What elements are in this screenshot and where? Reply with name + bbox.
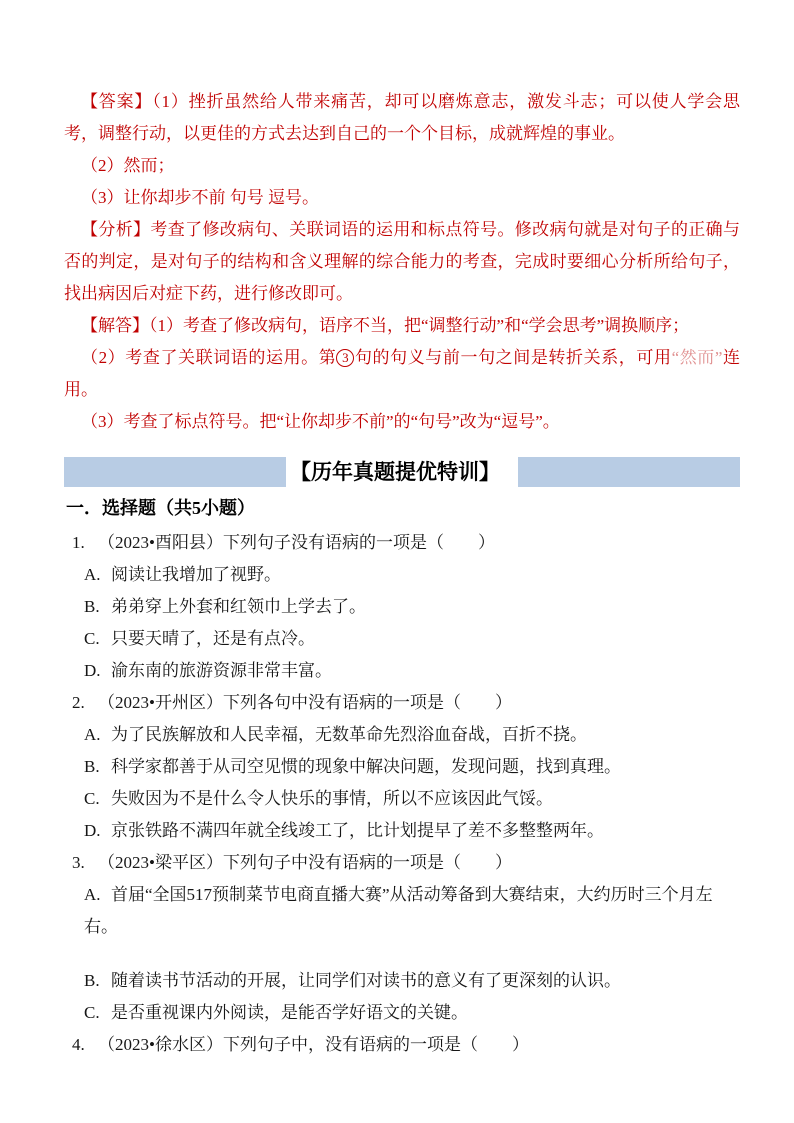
answer-paragraph-1: 【答案】（1）挫折虽然给人带来痛苦，却可以磨炼意志，激发斗志；可以使人学会思考，…	[64, 86, 740, 150]
option-row: C.只要天晴了，还是有点冷。	[64, 623, 740, 655]
option-label: D.	[84, 815, 111, 847]
option-text: 渝东南的旅游资源非常丰富。	[111, 661, 332, 680]
question-stem: 1.（2023•酉阳县）下列句子没有语病的一项是（ ）	[64, 527, 740, 559]
option-text: 只要天晴了，还是有点冷。	[111, 629, 315, 648]
document-page: 【答案】（1）挫折虽然给人带来痛苦，却可以磨炼意志，激发斗志；可以使人学会思考，…	[0, 0, 794, 1123]
answer-paragraph-2: （2）然而；	[64, 150, 740, 182]
option-row: B.随着读书节活动的开展，让同学们对读书的意义有了更深刻的认识。	[64, 965, 740, 997]
option-label: B.	[84, 751, 111, 783]
option-text: 失败因为不是什么令人快乐的事情，所以不应该因此气馁。	[111, 789, 553, 808]
option-label: B.	[84, 965, 111, 997]
question-2: 2.（2023•开州区）下列各句中没有语病的一项是（ ） A.为了民族解放和人民…	[64, 687, 740, 847]
question-number: 2.	[72, 687, 98, 719]
option-row: B.弟弟穿上外套和红领巾上学去了。	[64, 591, 740, 623]
question-stem: 4.（2023•徐水区）下列句子中，没有语病的一项是（ ）	[64, 1029, 740, 1061]
explanation-2-text: 句的句义与前一句之间是转折关系，可用	[354, 348, 671, 367]
option-row: A.阅读让我增加了视野。	[64, 559, 740, 591]
option-text: 阅读让我增加了视野。	[111, 565, 281, 584]
highlighted-word: “然而”	[672, 348, 723, 367]
option-text: 首届“全国517预制菜节电商直播大赛”从活动筹备到大赛结束，大约历时三个月左右。	[84, 885, 713, 936]
option-label: C.	[84, 783, 111, 815]
circled-number-3: 3	[336, 349, 354, 367]
option-label: A.	[84, 879, 111, 911]
option-row: A.首届“全国517预制菜节电商直播大赛”从活动筹备到大赛结束，大约历时三个月左…	[64, 879, 740, 943]
question-1: 1.（2023•酉阳县）下列句子没有语病的一项是（ ） A.阅读让我增加了视野。…	[64, 527, 740, 687]
explanation-paragraph-2: （2）考查了关联词语的运用。第3句的句义与前一句之间是转折关系，可用“然而”连用…	[64, 342, 740, 406]
question-list: 1.（2023•酉阳县）下列句子没有语病的一项是（ ） A.阅读让我增加了视野。…	[64, 527, 740, 1061]
option-label: B.	[84, 591, 111, 623]
section-heading: 一．选择题（共5小题）	[66, 495, 740, 521]
option-label: C.	[84, 623, 111, 655]
question-number: 3.	[72, 847, 98, 879]
question-stem-text: （2023•徐水区）下列句子中，没有语病的一项是（ ）	[98, 1035, 529, 1054]
section-banner: 【历年真题提优特训】	[64, 457, 740, 487]
option-row: C.失败因为不是什么令人快乐的事情，所以不应该因此气馁。	[64, 783, 740, 815]
answer-paragraph-3: （3）让你却步不前 句号 逗号。	[64, 182, 740, 214]
option-text: 随着读书节活动的开展，让同学们对读书的意义有了更深刻的认识。	[111, 971, 621, 990]
option-row: A.为了民族解放和人民幸福，无数革命先烈浴血奋战，百折不挠。	[64, 719, 740, 751]
option-label: D.	[84, 655, 111, 687]
question-stem-text: （2023•梁平区）下列句子中没有语病的一项是（ ）	[98, 853, 512, 872]
explanation-paragraph-1: 【解答】（1）考查了修改病句，语序不当，把“调整行动”和“学会思考”调换顺序；	[64, 310, 740, 342]
question-number: 4.	[72, 1029, 98, 1061]
option-text: 京张铁路不满四年就全线竣工了，比计划提早了差不多整整两年。	[111, 821, 604, 840]
option-text: 科学家都善于从司空见惯的现象中解决问题，发现问题，找到真理。	[111, 757, 621, 776]
question-stem-text: （2023•酉阳县）下列句子没有语病的一项是（ ）	[98, 533, 495, 552]
option-label: A.	[84, 559, 111, 591]
analysis-paragraph: 【分析】考查了修改病句、关联词语的运用和标点符号。修改病句就是对句子的正确与否的…	[64, 214, 740, 310]
option-row: C.是否重视课内外阅读，是能否学好语文的关键。	[64, 997, 740, 1029]
option-text: 为了民族解放和人民幸福，无数革命先烈浴血奋战，百折不挠。	[111, 725, 587, 744]
question-number: 1.	[72, 527, 98, 559]
explanation-paragraph-3: （3）考查了标点符号。把“让你却步不前”的“句号”改为“逗号”。	[64, 406, 740, 438]
option-label: C.	[84, 997, 111, 1029]
option-label: A.	[84, 719, 111, 751]
option-text: 弟弟穿上外套和红领巾上学去了。	[111, 597, 366, 616]
option-row: D.渝东南的旅游资源非常丰富。	[64, 655, 740, 687]
explanation-2-text: （2）考查了关联词语的运用。第	[81, 348, 336, 367]
question-stem: 3.（2023•梁平区）下列句子中没有语病的一项是（ ）	[64, 847, 740, 879]
option-row: D.京张铁路不满四年就全线竣工了，比计划提早了差不多整整两年。	[64, 815, 740, 847]
option-row: B.科学家都善于从司空见惯的现象中解决问题，发现问题，找到真理。	[64, 751, 740, 783]
question-3: 3.（2023•梁平区）下列句子中没有语病的一项是（ ） A.首届“全国517预…	[64, 847, 740, 1029]
banner-title: 【历年真题提优特训】	[286, 457, 518, 487]
page-content: 【答案】（1）挫折虽然给人带来痛苦，却可以磨炼意志，激发斗志；可以使人学会思考，…	[64, 86, 740, 1061]
question-stem-text: （2023•开州区）下列各句中没有语病的一项是（ ）	[98, 693, 512, 712]
option-text: 是否重视课内外阅读，是能否学好语文的关键。	[111, 1003, 468, 1022]
question-4: 4.（2023•徐水区）下列句子中，没有语病的一项是（ ）	[64, 1029, 740, 1061]
answer-analysis-block: 【答案】（1）挫折虽然给人带来痛苦，却可以磨炼意志，激发斗志；可以使人学会思考，…	[64, 86, 740, 438]
question-stem: 2.（2023•开州区）下列各句中没有语病的一项是（ ）	[64, 687, 740, 719]
